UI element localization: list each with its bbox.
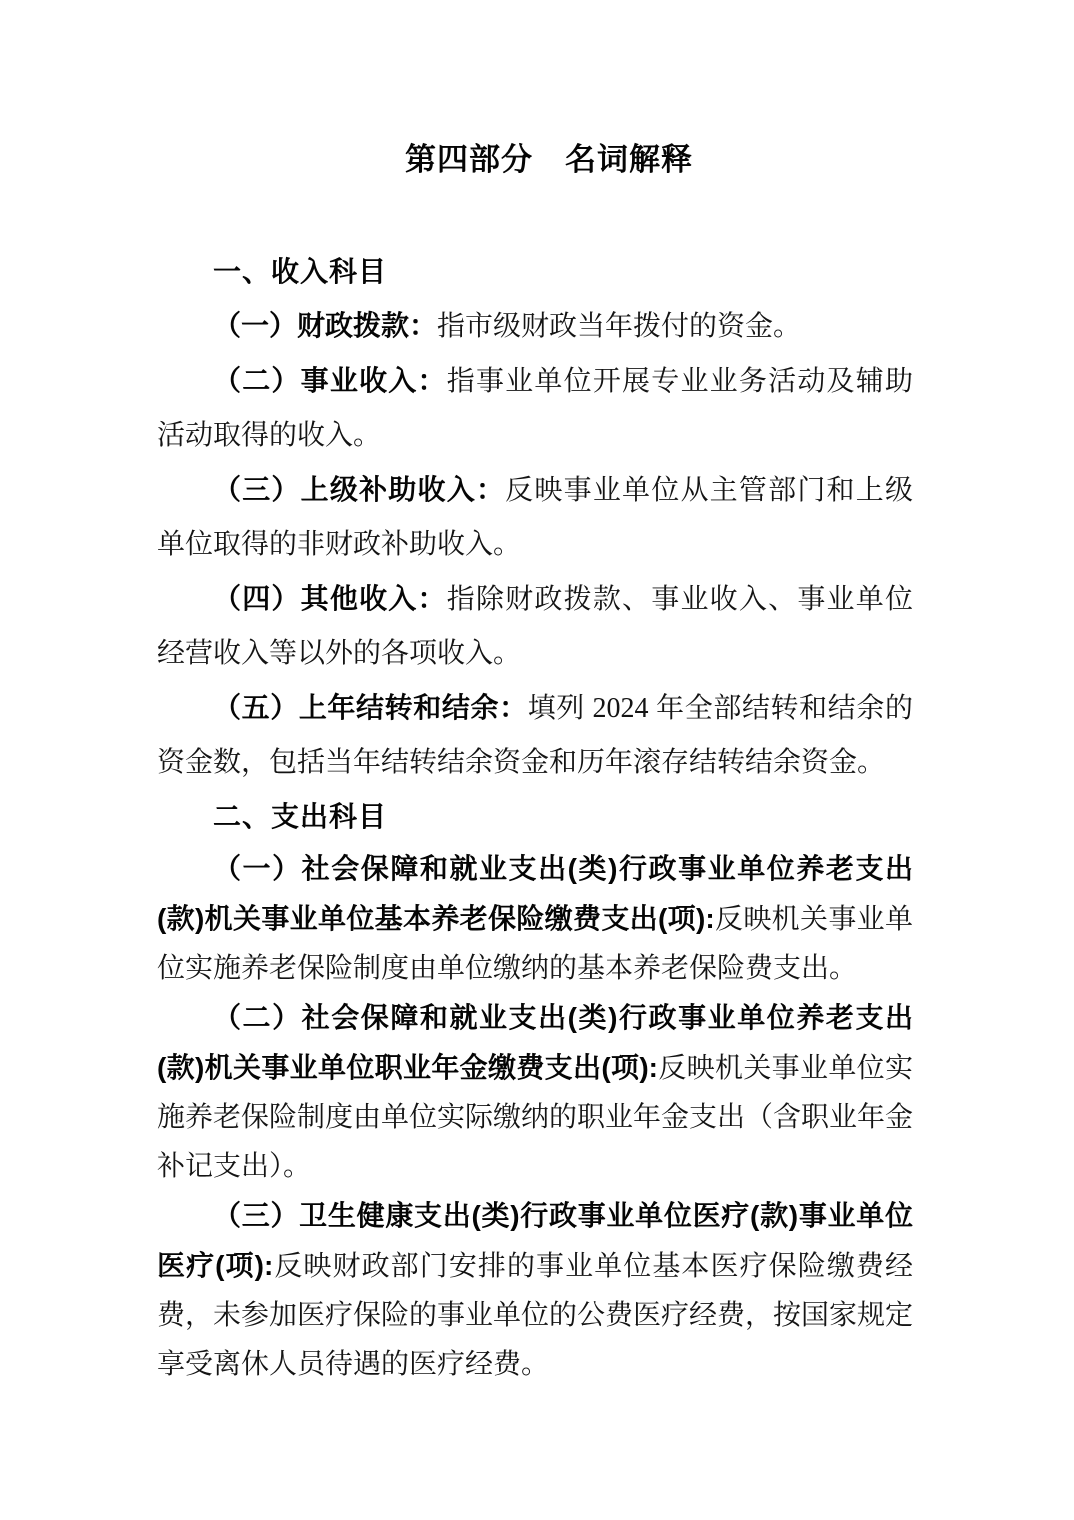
definition-paragraph: （一）社会保障和就业支出(类)行政事业单位养老支出(款)机关事业单位基本养老保险… <box>157 844 913 993</box>
term-label: （一）财政拨款： <box>213 310 437 341</box>
term-definition: 指市级财政当年拨付的资金。 <box>437 311 801 342</box>
definition-paragraph: （三）卫生健康支出(类)行政事业单位医疗(款)事业单位医疗(项):反映财政部门安… <box>157 1191 913 1389</box>
document-page: 第四部分 名词解释 一、收入科目（一）财政拨款：指市级财政当年拨付的资金。（二）… <box>0 0 1074 1520</box>
definition-paragraph: （三）上级补助收入：反映事业单位从主管部门和上级单位取得的非财政补助收入。 <box>157 463 913 572</box>
definition-paragraph: （二）社会保障和就业支出(类)行政事业单位养老支出(款)机关事业单位职业年金缴费… <box>157 993 913 1191</box>
document-body: 一、收入科目（一）财政拨款：指市级财政当年拨付的资金。（二）事业收入：指事业单位… <box>157 245 913 1389</box>
section-heading: 二、支出科目 <box>157 790 913 844</box>
definition-paragraph: （五）上年结转和结余：填列 2024 年全部结转和结余的资金数，包括当年结转结余… <box>157 681 913 790</box>
page-title: 第四部分 名词解释 <box>157 140 913 180</box>
definition-paragraph: （二）事业收入：指事业单位开展专业业务活动及辅助活动取得的收入。 <box>157 354 913 463</box>
term-label: （四）其他收入： <box>213 583 447 614</box>
term-label: （二）事业收入： <box>213 365 447 396</box>
definition-paragraph: （四）其他收入：指除财政拨款、事业收入、事业单位经营收入等以外的各项收入。 <box>157 572 913 681</box>
section-heading: 一、收入科目 <box>157 245 913 299</box>
term-label: （五）上年结转和结余： <box>213 692 528 723</box>
term-label: （三）上级补助收入： <box>213 474 505 505</box>
definition-paragraph: （一）财政拨款：指市级财政当年拨付的资金。 <box>157 299 913 354</box>
